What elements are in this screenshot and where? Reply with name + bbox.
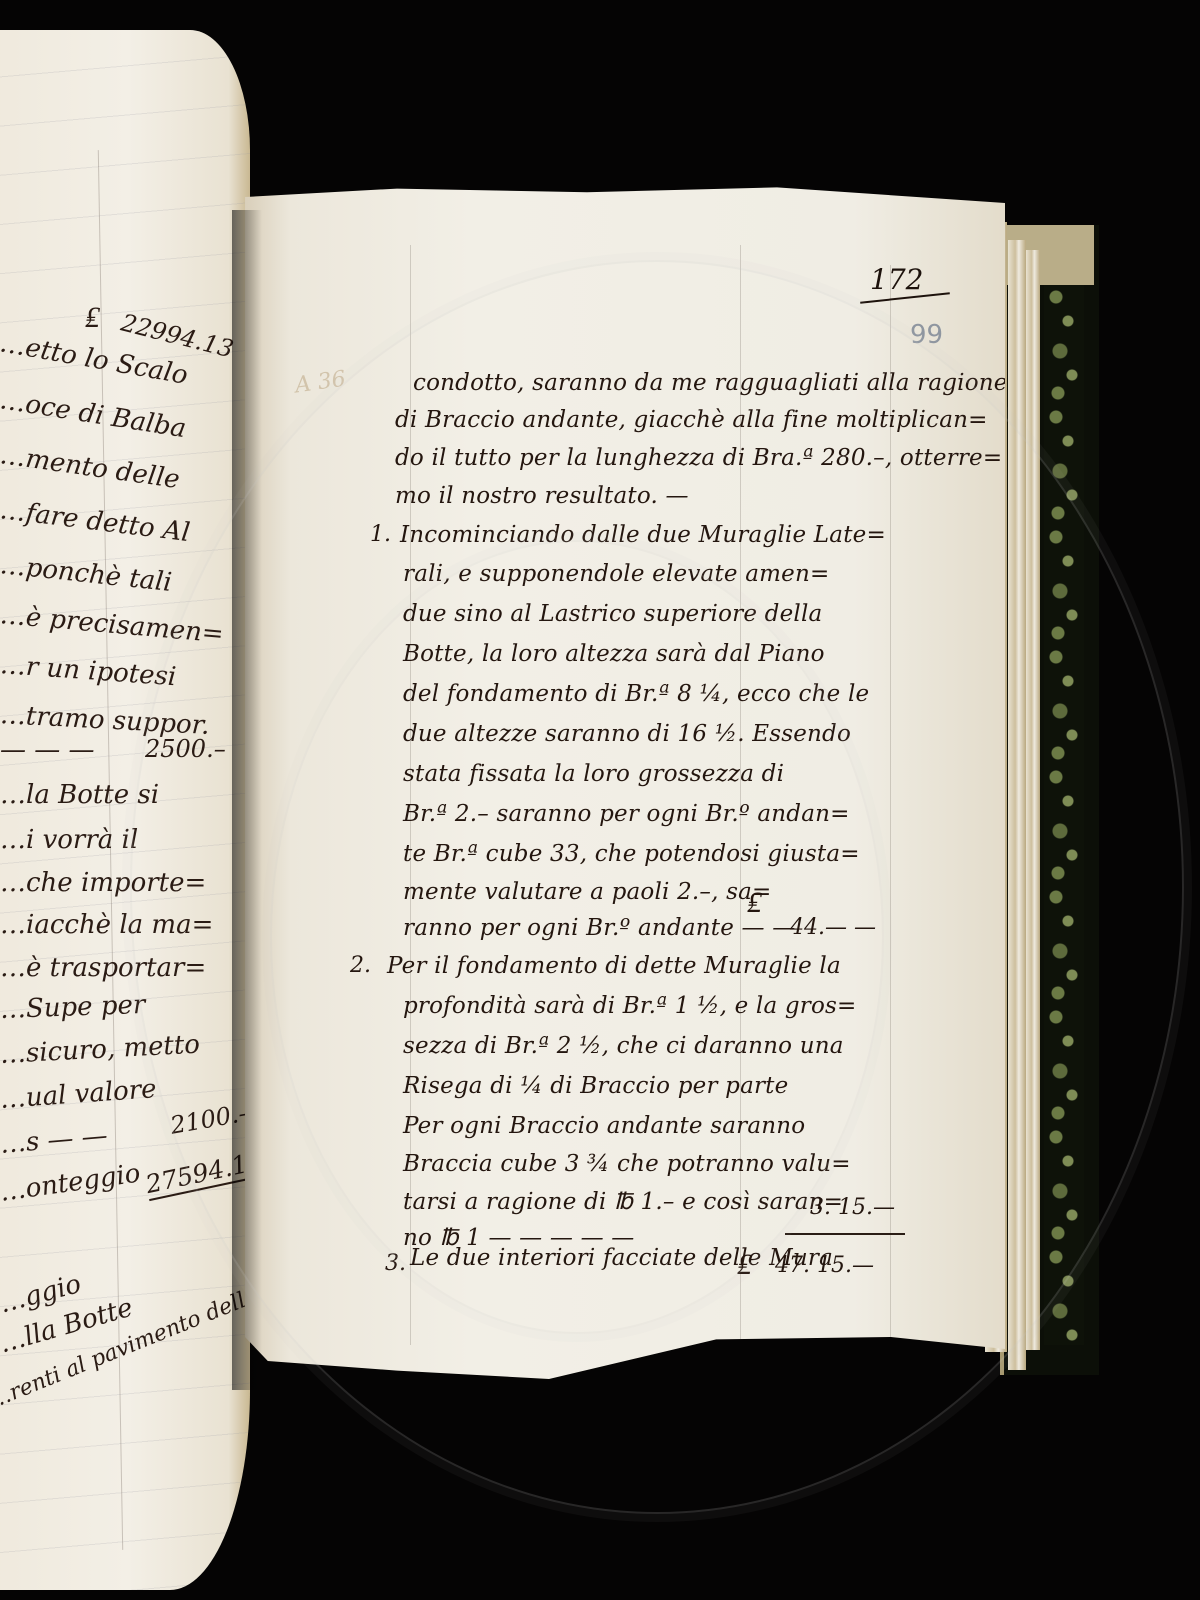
- text-line: tarsi a ragione di ℔ 1.– e così saran=: [403, 1189, 843, 1215]
- left-line: …i vorrà il: [0, 825, 138, 855]
- left-line: …Supe per: [0, 990, 146, 1025]
- folio-number: 172: [870, 263, 923, 296]
- text-line: due sino al Lastrico superiore della: [403, 601, 822, 627]
- text-line: do il tutto per la lunghezza di Bra.ª 28…: [395, 445, 1002, 471]
- text-line: Br.ª 2.– saranno per ogni Br.º andan=: [403, 801, 850, 827]
- marbled-edge: [1044, 285, 1084, 1345]
- item-number: 3.: [385, 1251, 406, 1276]
- text-line: Per il fondamento di dette Muraglie la: [387, 953, 841, 979]
- text-line: Le due interiori facciate delle Mura: [410, 1245, 833, 1271]
- folio-pencil-number: 99: [910, 320, 943, 350]
- text-line: Braccia cube 3 ¾ che potranno valu=: [403, 1151, 851, 1177]
- running-total: 47. 15.—: [775, 1253, 874, 1278]
- item-number: 2.: [350, 953, 371, 978]
- text-line: mo il nostro resultato. —: [395, 483, 689, 509]
- gutter-shadow: [232, 210, 262, 1390]
- text-line: condotto, saranno da me ragguagliati all…: [413, 370, 1008, 396]
- text-line: stata fissata la loro grossezza di: [403, 761, 784, 787]
- lira-sign: ₤: [85, 300, 100, 335]
- left-line: …la Botte si: [0, 780, 159, 810]
- text-line: due altezze saranno di 16 ½. Essendo: [403, 721, 851, 747]
- text-line: Per ogni Braccio andante saranno: [403, 1113, 805, 1139]
- item-number: 1.: [370, 522, 391, 547]
- text-line: Botte, la loro altezza sarà dal Piano: [403, 641, 825, 667]
- text-line: di Braccio andante, giacchè alla fine mo…: [395, 407, 988, 433]
- page-stack-edge: [1026, 250, 1040, 1350]
- text-line: sezza di Br.ª 2 ½, che ci daranno una: [403, 1033, 844, 1059]
- manuscript-photo: ₤ 22994.13 …etto lo Scalo …oce di Balba …: [0, 0, 1200, 1600]
- left-line: …che importe=: [0, 868, 206, 898]
- left-page: ₤ 22994.13 …etto lo Scalo …oce di Balba …: [0, 30, 250, 1590]
- bleed-through-stamp: A 36: [294, 367, 348, 399]
- right-page: A 36 172 99 condotto, saranno da me ragg…: [245, 185, 1005, 1385]
- page-stack-edge: [1008, 240, 1026, 1370]
- lira-sign: ₤: [737, 1247, 752, 1282]
- text-line: te Br.ª cube 33, che potendosi giusta=: [403, 841, 860, 867]
- text-line: profondità sarà di Br.ª 1 ½, e la gros=: [403, 993, 857, 1019]
- left-line: …è trasportar=: [0, 953, 206, 983]
- left-amount: 2500.–: [145, 735, 226, 763]
- item-amount: 3. 15.—: [810, 1195, 895, 1220]
- text-line: mente valutare a paoli 2.–, sa=: [403, 879, 772, 905]
- text-line: rali, e supponendole elevate amen=: [403, 561, 829, 587]
- lira-sign: ₤: [747, 885, 762, 920]
- left-line: …iacchè la ma=: [0, 910, 213, 940]
- text-line: del fondamento di Br.ª 8 ¼, ecco che le: [403, 681, 869, 707]
- text-line: Risega di ¼ di Braccio per parte: [403, 1073, 788, 1099]
- subtotal-rule: [785, 1233, 905, 1235]
- text-line: Incominciando dalle due Muraglie Late=: [400, 522, 886, 548]
- item-amount: 44.— —: [790, 915, 876, 940]
- text-line: ranno per ogni Br.º andante — —: [403, 915, 795, 941]
- left-rule-dashes: — — —: [0, 735, 95, 765]
